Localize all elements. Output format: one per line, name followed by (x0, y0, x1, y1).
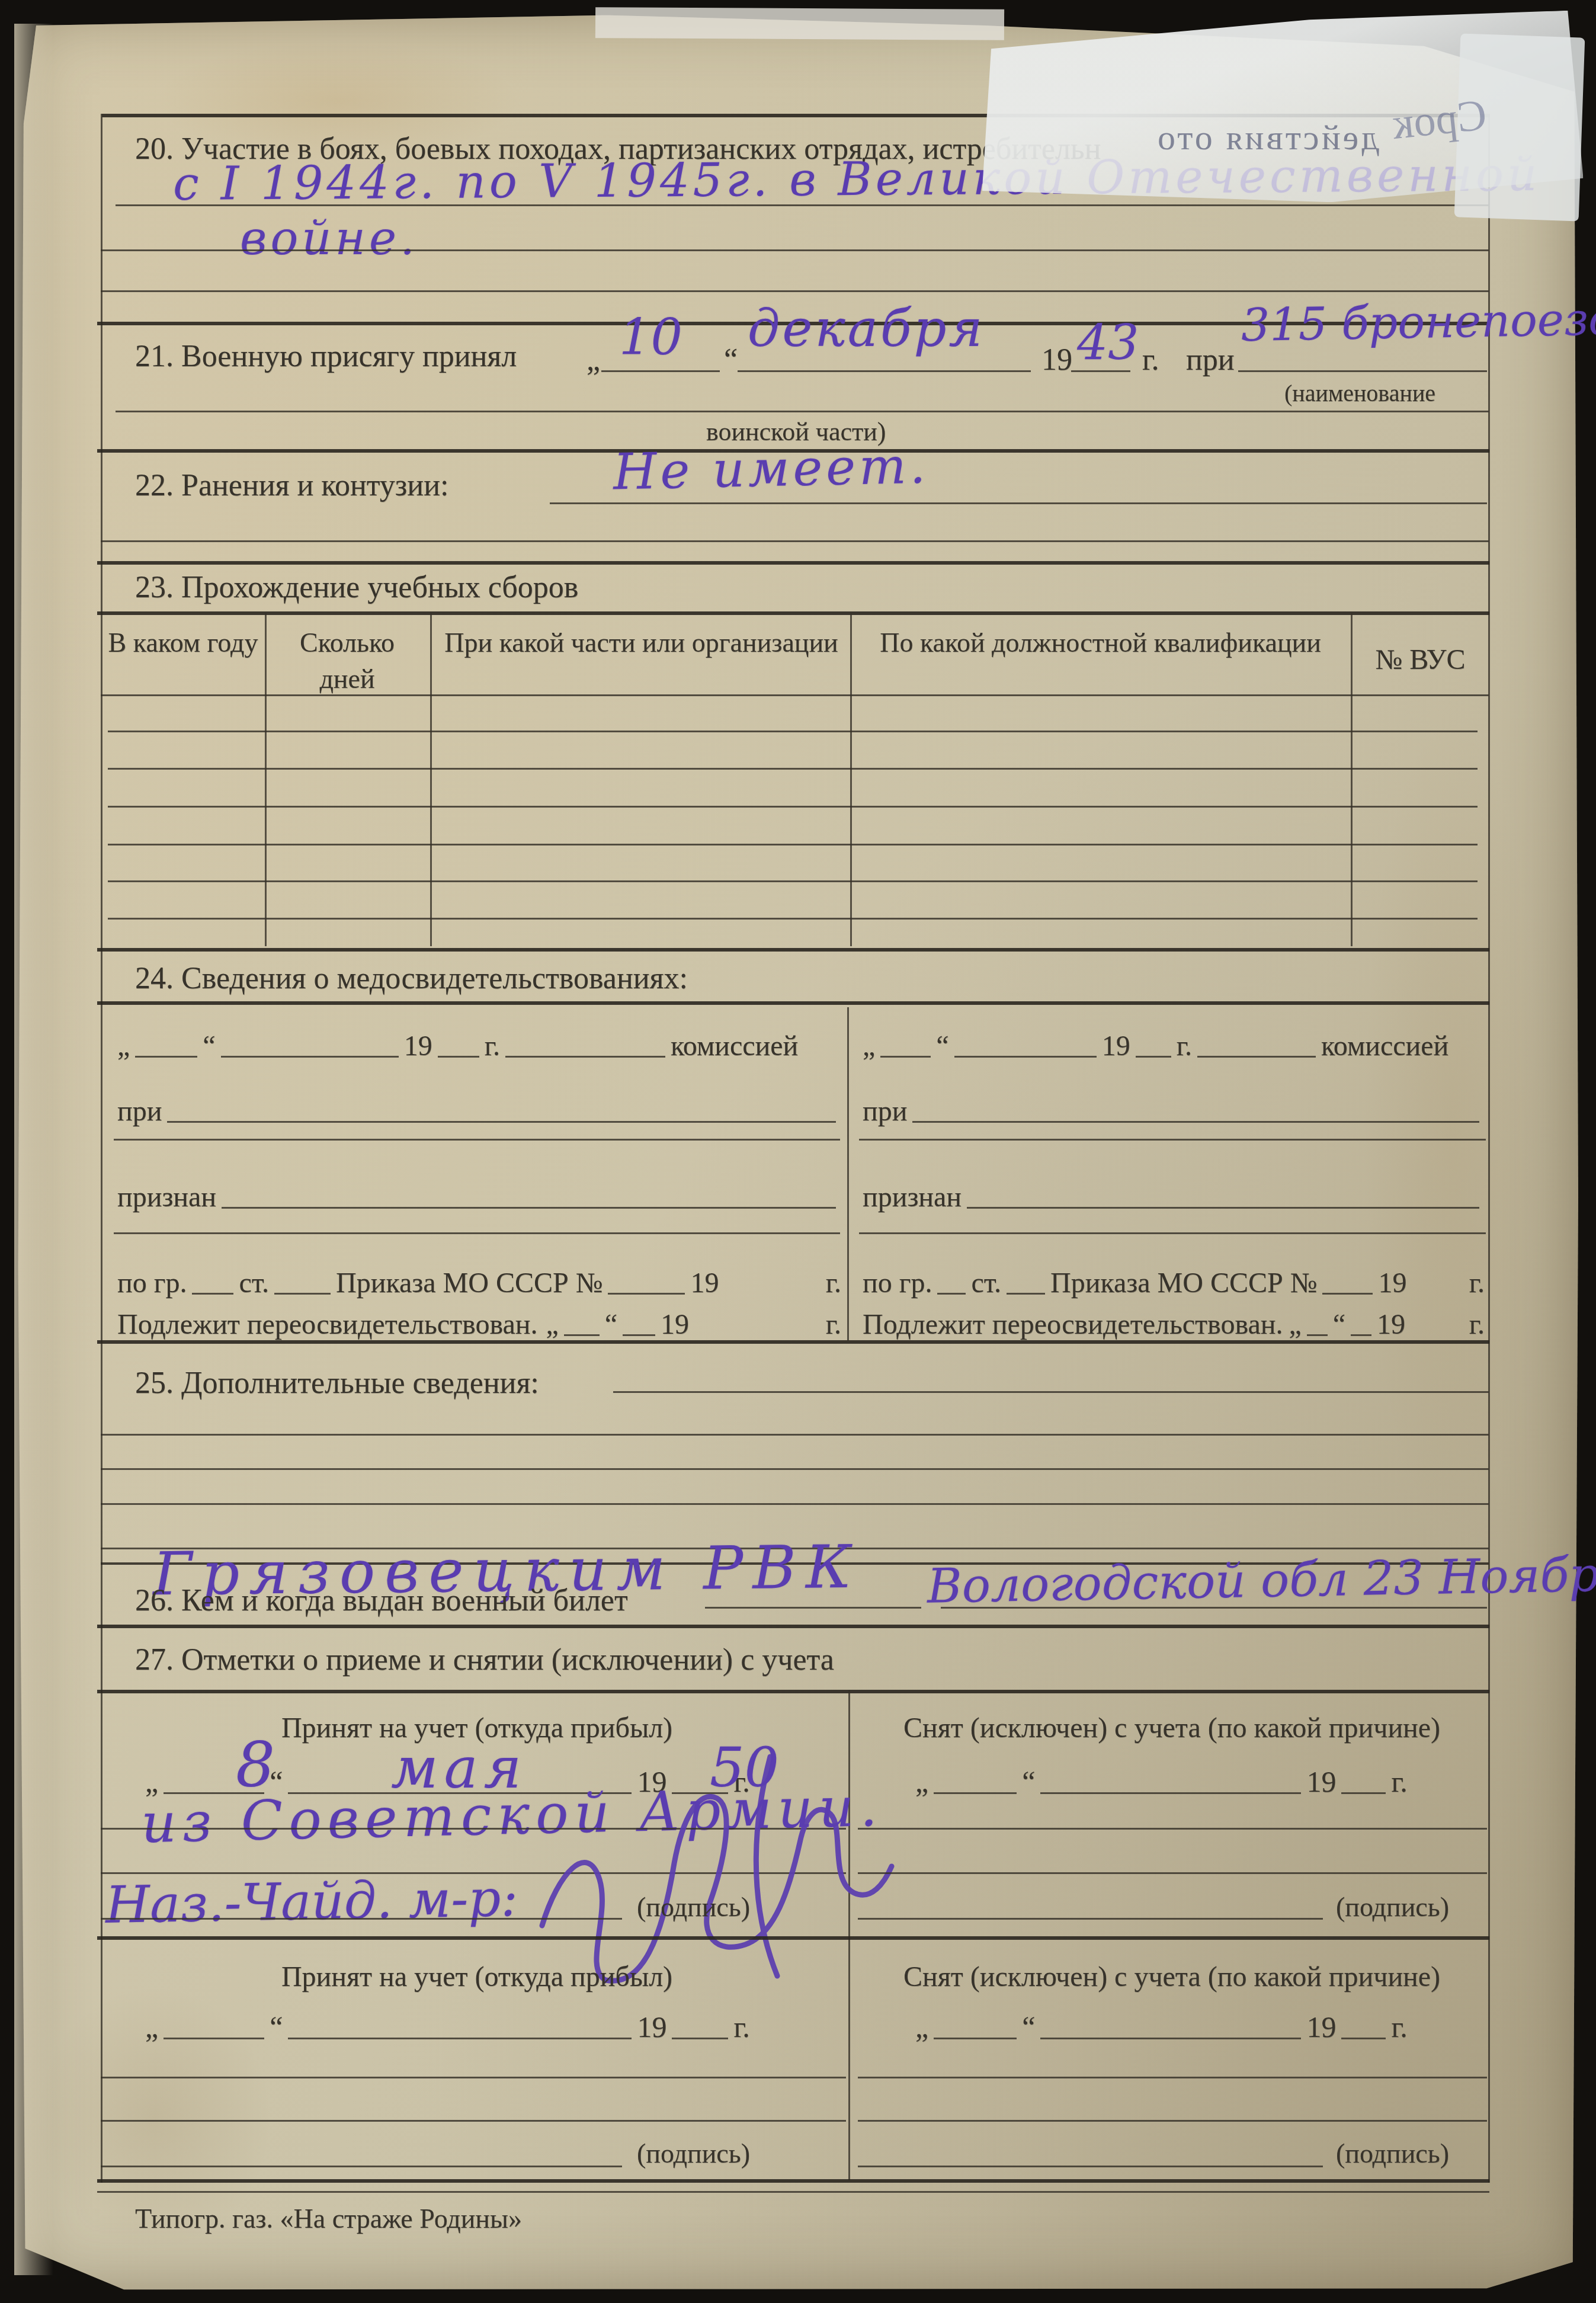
ruled-line (114, 1139, 840, 1141)
blank-field (1322, 1292, 1373, 1295)
table-column-divider (430, 613, 432, 946)
table-header-bottom (101, 694, 1489, 696)
blank-field (1040, 1792, 1301, 1794)
table-column-divider (850, 613, 852, 946)
section-22-handwriting: Не имеет. (613, 436, 930, 501)
open-quote: „ (1289, 1308, 1301, 1341)
removed-date-row: „ “ 19 г. (915, 1764, 1472, 1799)
st-label: ст. (239, 1267, 269, 1299)
table-header-vus: № ВУС (1357, 641, 1484, 678)
blank-field (601, 370, 720, 372)
year-prefix: 19 (637, 2010, 666, 2044)
blank-field (705, 1607, 921, 1609)
blank-field (1238, 370, 1487, 372)
section-21-handwriting-year: 43 (1077, 315, 1139, 371)
med-left-date-row: „ “ 19 г. комиссией (117, 1030, 841, 1062)
blank-field (941, 1607, 1487, 1609)
removed-header: Снят (исключен) с учета (по какой причин… (858, 1709, 1486, 1747)
ruled-line (858, 2166, 1323, 2167)
blank-field (934, 2037, 1017, 2039)
table-header-unit: При какой части или организации (438, 625, 844, 661)
year-prefix: 19 (1306, 1764, 1336, 1799)
blank-field (1136, 1055, 1171, 1058)
blank-field (1040, 2037, 1301, 2039)
ruled-line (858, 1918, 1323, 1920)
ruled-line (101, 2166, 622, 2167)
blank-field (1071, 370, 1130, 372)
year-suffix: г. (1391, 1764, 1407, 1799)
gr-label: по гр. (863, 1267, 932, 1299)
open-quote: „ (915, 1764, 928, 1799)
accept-date-row: „ “ 19 г. (145, 2010, 838, 2044)
st-label: ст. (971, 1267, 1001, 1299)
med-right-pri-row: при (863, 1095, 1485, 1128)
blank-field (550, 502, 1487, 504)
priznan-label: признан (863, 1181, 962, 1213)
page-edge-strip (14, 24, 53, 2275)
blank-field (738, 370, 1031, 372)
pri-label: при (1186, 342, 1235, 377)
section-21-handwriting-month: декабря (748, 299, 985, 358)
med-left-priznan-row: признан (117, 1181, 841, 1213)
ruled-line (101, 540, 1489, 542)
blank-field (1007, 1292, 1045, 1295)
priznan-label: признан (117, 1181, 216, 1213)
close-quote: “ (203, 1030, 215, 1062)
med-right-date-row: „ “ 19 г. комиссией (863, 1030, 1485, 1062)
table-header-year: В каком году (107, 625, 259, 661)
ruled-line (116, 411, 1489, 412)
open-quote: „ (587, 342, 600, 377)
blank-field (288, 2037, 632, 2039)
year-prefix: 19 (1377, 1308, 1405, 1341)
med-left-reexam-row: Подлежит переосвидетельствован. „ “ 19 г… (117, 1308, 841, 1341)
table-row-line (108, 844, 1478, 845)
pri-label: при (863, 1095, 907, 1128)
table-row-line (108, 880, 1478, 882)
podlezhit-label: Подлежит переосвидетельствован. (117, 1308, 537, 1341)
blank-field (672, 2037, 728, 2039)
close-quote: “ (605, 1308, 617, 1341)
blank-field (438, 1055, 479, 1058)
open-quote: „ (117, 1030, 130, 1062)
ghost-stamp-text: действия ото (1155, 117, 1379, 158)
removed-header: Снят (исключен) с учета (по какой причин… (858, 1958, 1486, 1995)
section-26-label: 26. Кем и когда выдан военный билет (135, 1583, 628, 1618)
section-27-label: 27. Отметки о приеме и снятии (исключени… (135, 1642, 834, 1677)
blank-field (967, 1206, 1479, 1209)
open-quote: „ (145, 2010, 158, 2044)
podlezhit-label: Подлежит переосвидетельствован. (863, 1308, 1283, 1341)
med-left-pri-row: при (117, 1095, 841, 1128)
ruled-line (101, 2077, 846, 2078)
blank-field (608, 1292, 685, 1295)
table-bottom-border (97, 948, 1489, 952)
year-prefix: 19 (1378, 1267, 1406, 1299)
table-column-divider (1351, 613, 1353, 946)
open-quote: „ (546, 1308, 558, 1341)
commission-label: комиссией (671, 1030, 798, 1062)
signature-caption: (подпись) (637, 1891, 750, 1923)
section-21-handwriting-unit: 315 бронепоезда. (1241, 292, 1596, 351)
year-suffix: г. (1177, 1030, 1192, 1062)
table-row-line (108, 918, 1478, 920)
close-quote: “ (1333, 1308, 1345, 1341)
med-column-divider (847, 1007, 849, 1340)
med-right-order-row: по гр. ст. Приказа МО СССР № 19 г. (863, 1267, 1485, 1299)
commission-label: комиссией (1321, 1030, 1448, 1062)
table-row-line (108, 806, 1478, 808)
blank-field (1307, 1334, 1328, 1336)
year-suffix: г. (1469, 1267, 1485, 1299)
table-top-border (97, 611, 1489, 615)
signature-caption: (подпись) (1336, 2138, 1449, 2169)
table-column-divider (265, 613, 267, 946)
removed-date-row: „ “ 19 г. (915, 2010, 1472, 2044)
separator-line (97, 1001, 1489, 1005)
close-quote: “ (1022, 2010, 1035, 2044)
footer-imprint: Типогр. газ. «На страже Родины» (135, 2203, 522, 2234)
year-prefix: 19 (690, 1267, 719, 1299)
med-right-reexam-row: Подлежит переосвидетельствован. „ “ 19 г… (863, 1308, 1485, 1341)
section-25-label: 25. Дополнительные сведения: (135, 1366, 539, 1401)
naimenovanie-caption: (наименование (1284, 379, 1435, 407)
table-row-line (108, 768, 1478, 770)
year-suffix: г. (826, 1308, 841, 1341)
prikaz-label: Приказа МО СССР № (336, 1267, 602, 1299)
accept-header: Принят на учет (откуда прибыл) (107, 1958, 847, 1995)
separator-line (97, 561, 1489, 565)
table-top-border (97, 1690, 1489, 1693)
blank-field (937, 1292, 966, 1295)
ruled-line (114, 1232, 840, 1234)
year-prefix: 19 (1102, 1030, 1130, 1062)
blank-field (1341, 1792, 1386, 1794)
blank-field (1341, 2037, 1386, 2039)
section-21-handwriting-day: 10 (619, 308, 682, 366)
blank-field (1197, 1055, 1316, 1058)
year-prefix: 19 (1306, 2010, 1336, 2044)
section-24-label: 24. Сведения о медосвидетельствованиях: (135, 961, 688, 996)
year-prefix: 19 (404, 1030, 432, 1062)
year-suffix: г. (1469, 1308, 1485, 1341)
section-21-label: 21. Военную присягу принял (135, 339, 517, 374)
ruled-line (101, 249, 1489, 251)
blank-field (623, 1334, 655, 1336)
open-quote: „ (863, 1030, 875, 1062)
gr-label: по гр. (117, 1267, 187, 1299)
blank-field (164, 2037, 264, 2039)
blank-field (135, 1055, 197, 1058)
separator-line (97, 1340, 1489, 1344)
blank-field (167, 1120, 836, 1123)
ruled-line (859, 1139, 1486, 1141)
close-quote: “ (724, 342, 738, 377)
blank-field (954, 1055, 1097, 1058)
year-prefix: 19 (661, 1308, 689, 1341)
table-header-days: Сколько дней (270, 625, 425, 697)
blank-field (1351, 1334, 1371, 1336)
year-suffix: г. (485, 1030, 500, 1062)
prikaz-label: Приказа МО СССР № (1050, 1267, 1317, 1299)
ruled-line (101, 1918, 622, 1920)
year-suffix: г. (733, 2010, 749, 2044)
year-suffix: г. (826, 1267, 841, 1299)
open-quote: „ (915, 2010, 928, 2044)
blank-field (912, 1120, 1479, 1123)
accept-handwriting-note: Наз.-Чайд. м-р: (105, 1869, 518, 1935)
pri-label: при (117, 1095, 162, 1128)
signature-caption: (подпись) (637, 2138, 750, 2169)
section-22-label: 22. Ранения и контузии: (135, 468, 448, 503)
year-prefix: 19 (1041, 342, 1072, 377)
white-paper-scrap (595, 7, 1004, 40)
ruled-line (101, 1434, 1489, 1436)
med-right-priznan-row: признан (863, 1181, 1485, 1213)
blank-field (505, 1055, 665, 1058)
table-bottom-border (97, 2179, 1489, 2183)
med-left-order-row: по гр. ст. Приказа МО СССР № 19 г. (117, 1267, 841, 1299)
blank-field (222, 1206, 836, 1209)
signature-scribble (521, 1748, 900, 1985)
blank-field (192, 1292, 233, 1295)
separator-line (97, 1625, 1489, 1628)
close-quote: “ (1022, 1764, 1035, 1799)
ruled-line (858, 1872, 1487, 1874)
year-suffix: г. (1391, 2010, 1407, 2044)
ruled-line (101, 1468, 1489, 1470)
blank-field (934, 1792, 1017, 1794)
blank-field (274, 1292, 331, 1295)
close-quote: “ (270, 2010, 283, 2044)
form-right-border (1488, 114, 1490, 2183)
table-row-line (108, 731, 1478, 732)
section-20-handwriting-line2: войне. (240, 212, 418, 265)
ruled-line (101, 2120, 846, 2122)
table-row-divider (97, 1936, 1489, 1940)
blank-field (613, 1391, 1489, 1393)
table-header-qualification: По какой должностной квалификации (856, 625, 1345, 661)
blank-field (880, 1055, 931, 1058)
ruled-line (858, 1828, 1487, 1830)
signature-caption: (подпись) (1336, 1891, 1449, 1923)
ruled-line (859, 1232, 1486, 1234)
year-suffix: г. (1142, 342, 1159, 377)
ruled-line (101, 1503, 1489, 1505)
blank-field (564, 1334, 600, 1336)
close-quote: “ (936, 1030, 948, 1062)
ruled-line (116, 204, 1489, 206)
ruled-line (858, 2120, 1487, 2122)
ruled-line (101, 290, 1489, 292)
table-bottom-border-2 (97, 2191, 1489, 2193)
scanned-military-id-page: 20. Участие в боях, боевых походах, парт… (0, 0, 1596, 2303)
ghost-stamp-text: Срок (1390, 90, 1489, 150)
section-23-label: 23. Прохождение учебных сборов (135, 570, 578, 605)
ruled-line (858, 2077, 1487, 2078)
blank-field (221, 1055, 399, 1058)
